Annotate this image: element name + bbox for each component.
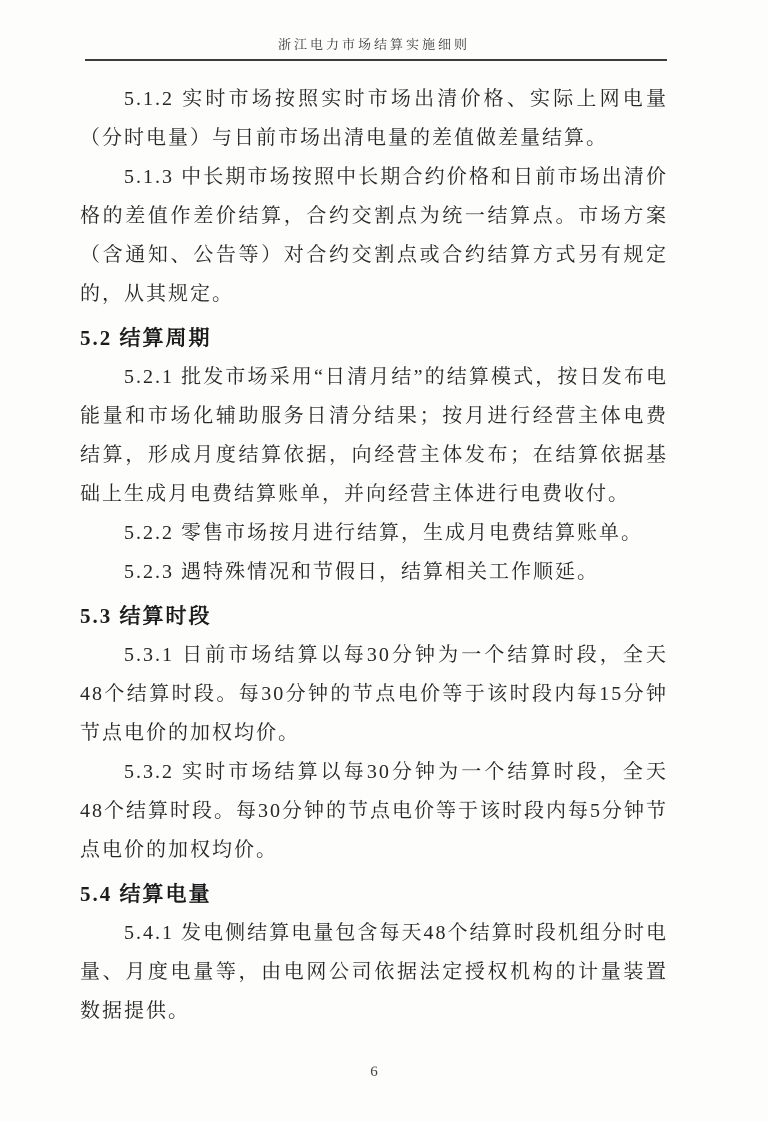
clause-paragraph: 5.4.1 发电侧结算电量包含每天48个结算时段机组分时电量、月度电量等，由电网… — [80, 914, 668, 1031]
section-heading: 5.2 结算周期 — [80, 318, 668, 358]
clause-paragraph: 5.2.3 遇特殊情况和节假日，结算相关工作顺延。 — [80, 553, 668, 592]
running-title: 浙江电力市场结算实施细则 — [278, 37, 470, 52]
clause-paragraph: 5.2.1 批发市场采用“日清月结”的结算模式，按日发布电能量和市场化辅助服务日… — [80, 358, 668, 514]
section-heading: 5.3 结算时段 — [80, 596, 668, 636]
clause-paragraph: 5.3.2 实时市场结算以每30分钟为一个结算时段，全天48个结算时段。每30分… — [80, 753, 668, 870]
document-page: 浙江电力市场结算实施细则 5.1.2 实时市场按照实时市场出清价格、实际上网电量… — [0, 0, 768, 1122]
clause-paragraph: 5.2.2 零售市场按月进行结算，生成月电费结算账单。 — [80, 514, 668, 553]
section-heading: 5.4 结算电量 — [80, 874, 668, 914]
document-body: 5.1.2 实时市场按照实时市场出清价格、实际上网电量（分时电量）与日前市场出清… — [80, 80, 668, 1031]
page-header: 浙江电力市场结算实施细则 — [80, 34, 668, 53]
page-number: 6 — [370, 1064, 378, 1080]
header-rule — [85, 59, 667, 61]
clause-paragraph: 5.1.2 实时市场按照实时市场出清价格、实际上网电量（分时电量）与日前市场出清… — [80, 80, 668, 158]
clause-paragraph: 5.3.1 日前市场结算以每30分钟为一个结算时段，全天48个结算时段。每30分… — [80, 636, 668, 753]
clause-paragraph: 5.1.3 中长期市场按照中长期合约价格和日前市场出清价格的差值作差价结算，合约… — [80, 158, 668, 314]
page-footer: 6 — [80, 1064, 668, 1081]
